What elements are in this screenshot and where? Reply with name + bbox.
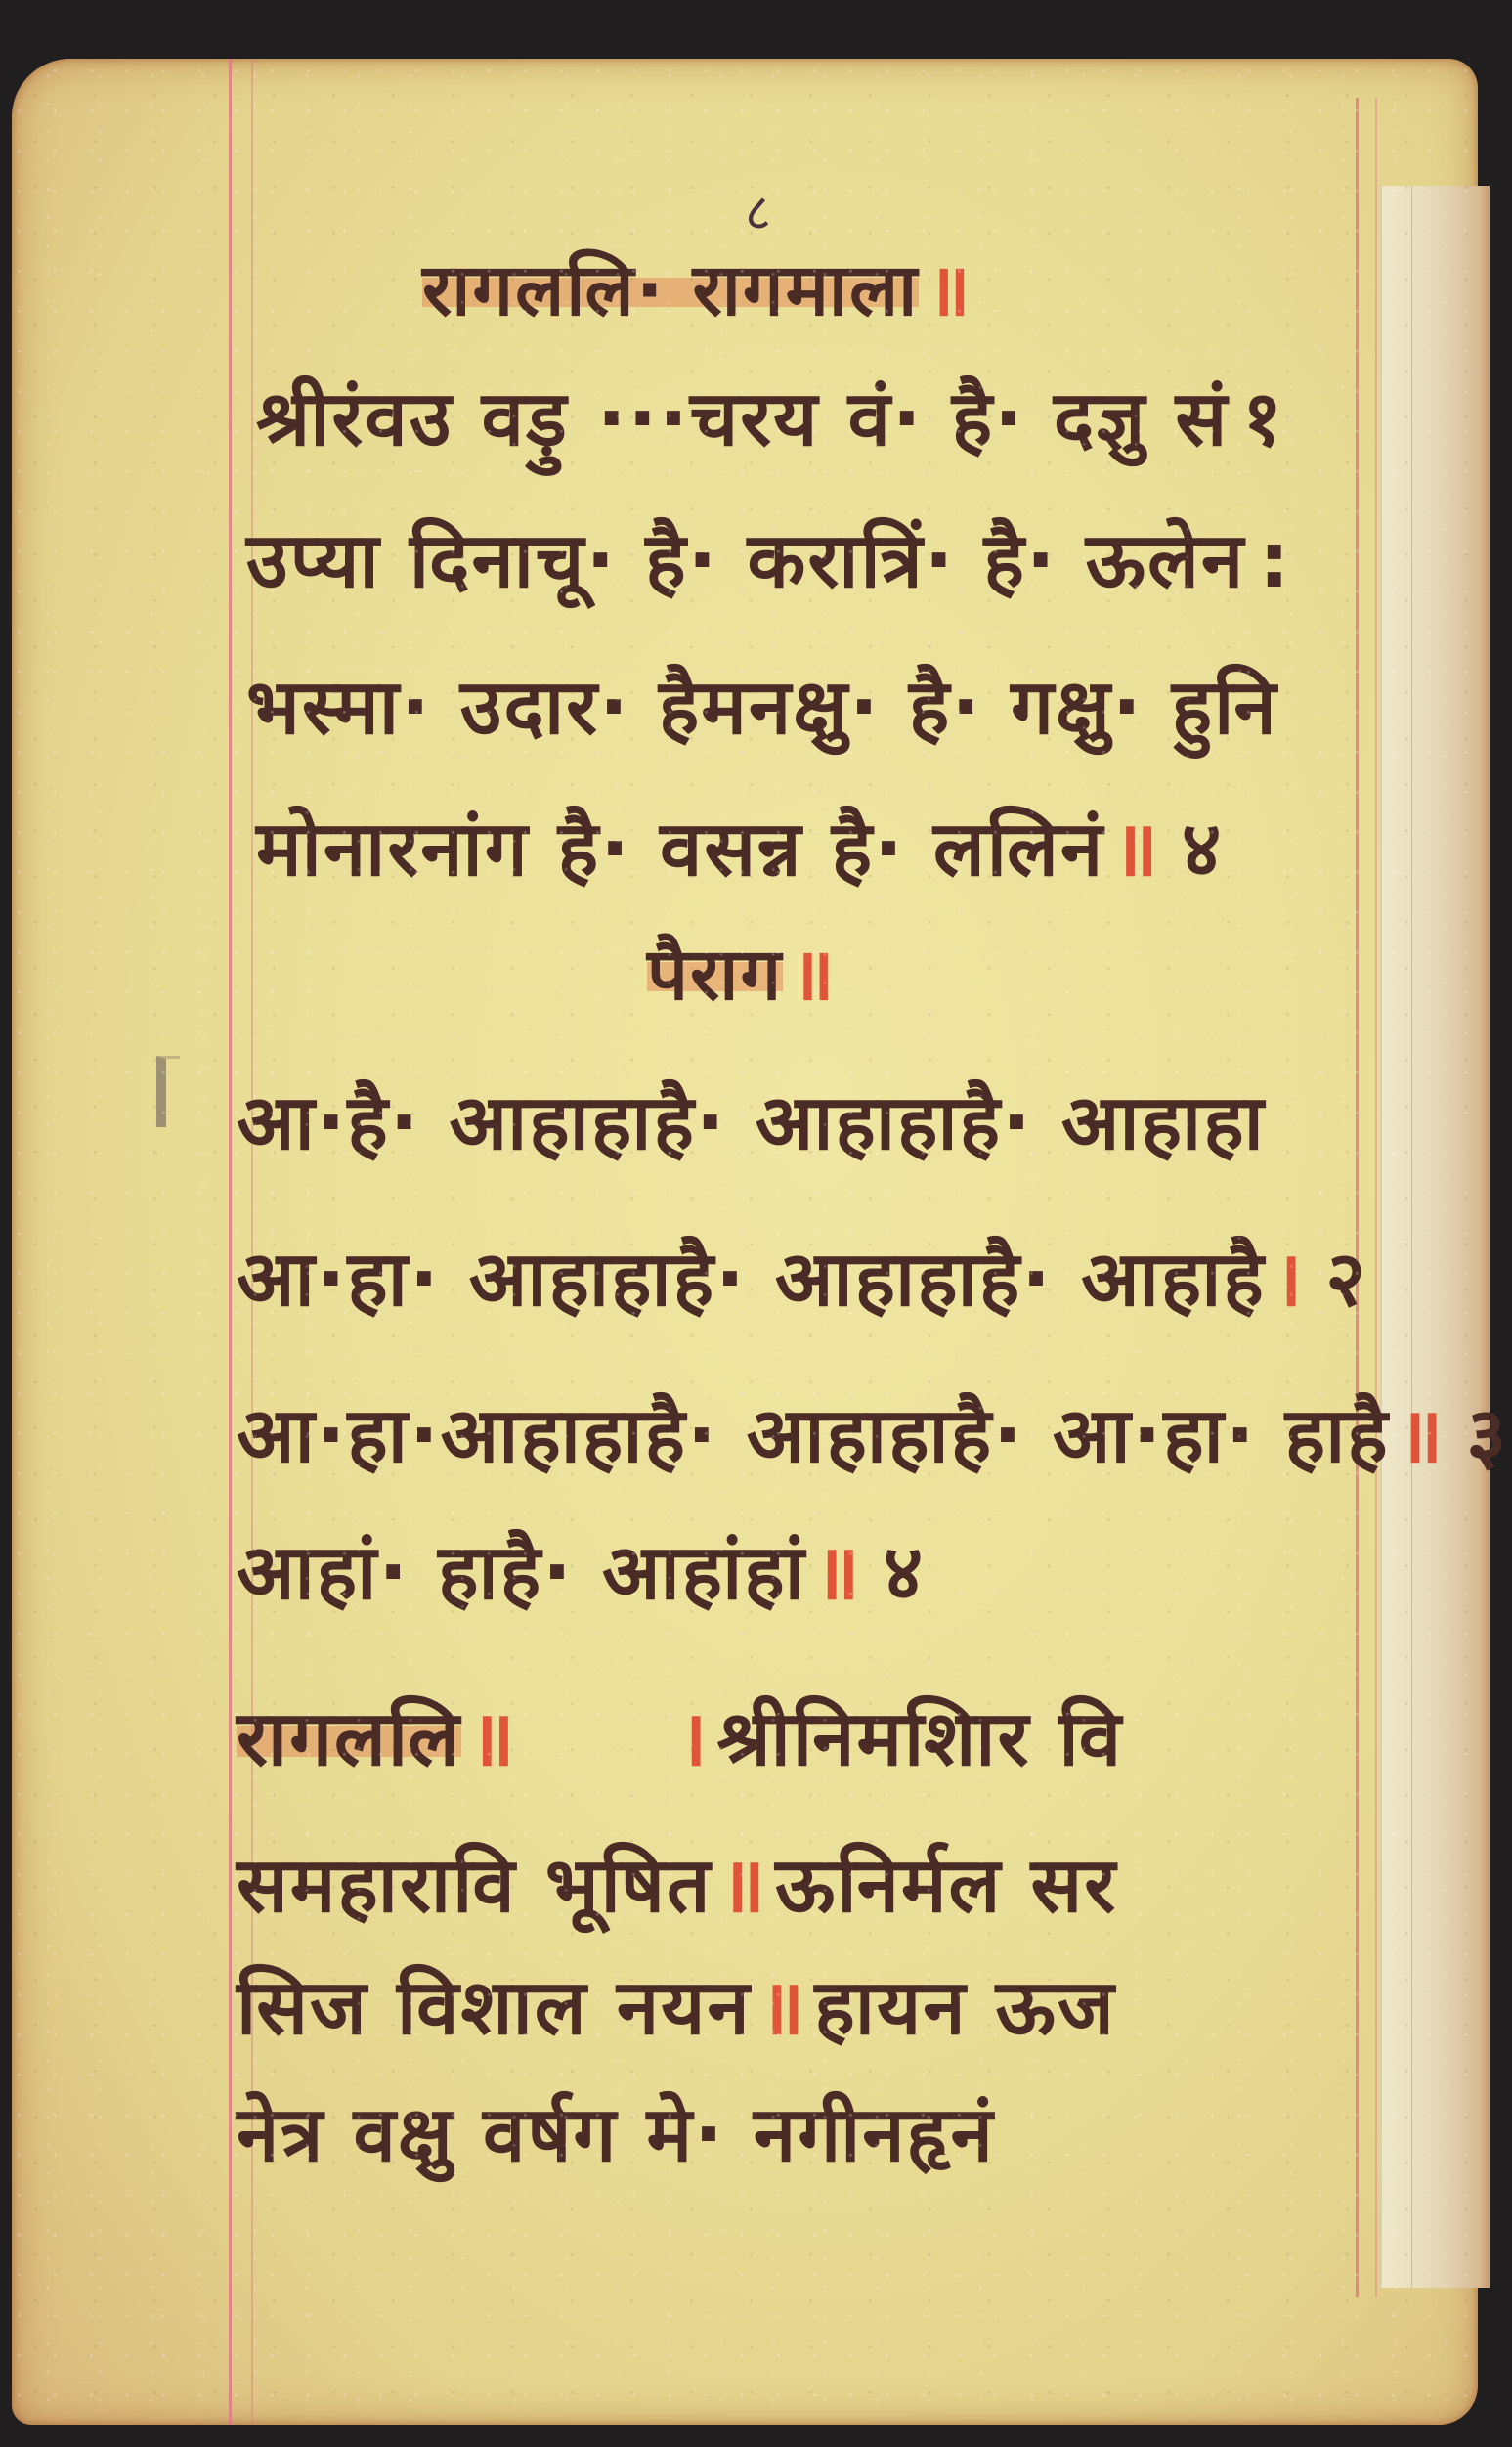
line-text: नेत्र वक्षु वर्षग मे· नगीनहृनं [237,2091,995,2179]
line-text: ऊनिर्मल सर [775,1842,1117,1930]
danda-mark: ॥ [814,1529,862,1617]
right-margin-rule [1356,98,1359,2297]
danda-mark: ॥ [469,1695,517,1783]
verse-number: ४ [1182,806,1224,894]
verse-line-7: आ·हा·आहाहाहै· आहाहाहै· आ·हा· हाहै॥३ [237,1398,1508,1474]
margin-ink-mark [156,1056,180,1127]
line-text: हायन ऊज [814,1964,1115,2052]
line-text: उप्या दिनाचू· है· करात्रिं· है· ऊलेन [246,517,1245,605]
line-text: रागललि· रागमाला [422,248,919,332]
verse-line-5: आ·है· आहाहाहै· आहाहाहै· आहाहा [237,1085,1266,1161]
danda-mark: ॥ [791,933,836,1017]
binding-edge [1380,186,1490,2288]
danda-mark: ॥ [927,248,972,332]
heading-raga-lalita: रागललि [237,1695,461,1783]
line-text: भस्मा· उदार· हैमनक्षु· है· गक्षु· हुनि [246,664,1278,752]
line-text: मोनारनांग है· वसन्न है· ललिनं [256,806,1104,894]
verse-number: : [1259,517,1291,605]
left-margin-rule [229,59,232,2425]
verse-number: ४ [884,1529,926,1617]
verse-line-1: श्रीरंवउ वड़ु ···चरय वं· है· दज्ञु सं१ [256,381,1284,458]
danda-mark: ॥ [1112,806,1160,894]
heading-raga-lalita-ragamala: रागललि· रागमाला॥ [422,254,980,327]
line-text: आ·हा· आहाहाहै· आहाहाहै· आहाहै [237,1236,1266,1324]
danda-mark: । [1274,1236,1305,1324]
verse-line-6: आ·हा· आहाहाहै· आहाहाहै· आहाहै।२ [237,1242,1367,1318]
line-text: श्रीरंवउ वड़ु ···चरय वं· है· दज्ञु सं [256,375,1229,463]
line-text: पैराग [647,933,783,1017]
verse-line-10: समहारावि भूषित॥ऊनिर्मल सर [237,1848,1117,1924]
verse-line-8: आहां· हाहै· आहांहां॥४ [237,1535,925,1611]
verse-number: २ [1325,1236,1367,1324]
folio-number: ८ [745,176,771,245]
danda-mark: । [678,1695,710,1783]
line-text: समहारावि भूषित [237,1842,712,1930]
heading-pairag: पैराग॥ [647,939,843,1011]
right-margin-rule-inner [1375,98,1377,2297]
verse-line-9: रागललि॥ ।श्रीनिमशिार वि [237,1701,1123,1777]
verse-line-12: नेत्र वक्षु वर्षग मे· नगीनहृनं [237,2097,995,2173]
danda-mark: ॥ [759,1964,807,2052]
line-text: आ·है· आहाहाहै· आहाहाहै· आहाहा [237,1079,1266,1167]
verse-line-3: भस्मा· उदार· हैमनक्षु· है· गक्षु· हुनि [246,670,1278,746]
danda-mark: ॥ [1398,1392,1446,1480]
manuscript-photo: ८ रागललि· रागमाला॥ श्रीरंवउ वड़ु ···चरय … [0,0,1512,2447]
line-text: आ·हा·आहाहाहै· आहाहाहै· आ·हा· हाहै [237,1392,1390,1480]
line-text: आहां· हाहै· आहांहां [237,1529,806,1617]
line-text: सिज विशाल नयन [237,1964,752,2052]
verse-line-4: मोनारनांग है· वसन्न है· ललिनं॥४ [256,811,1223,888]
danda-mark: ॥ [719,1842,767,1930]
verse-number: ३ [1466,1392,1508,1480]
verse-line-11: सिज विशाल नयन॥हायन ऊज [237,1970,1116,2046]
manuscript-page: ८ रागललि· रागमाला॥ श्रीरंवउ वड़ु ···चरय … [12,59,1478,2425]
verse-number: १ [1242,375,1284,463]
verse-line-2: उप्या दिनाचू· है· करात्रिं· है· ऊलेन: [246,523,1291,599]
line-text: श्रीनिमशिार वि [716,1695,1123,1783]
